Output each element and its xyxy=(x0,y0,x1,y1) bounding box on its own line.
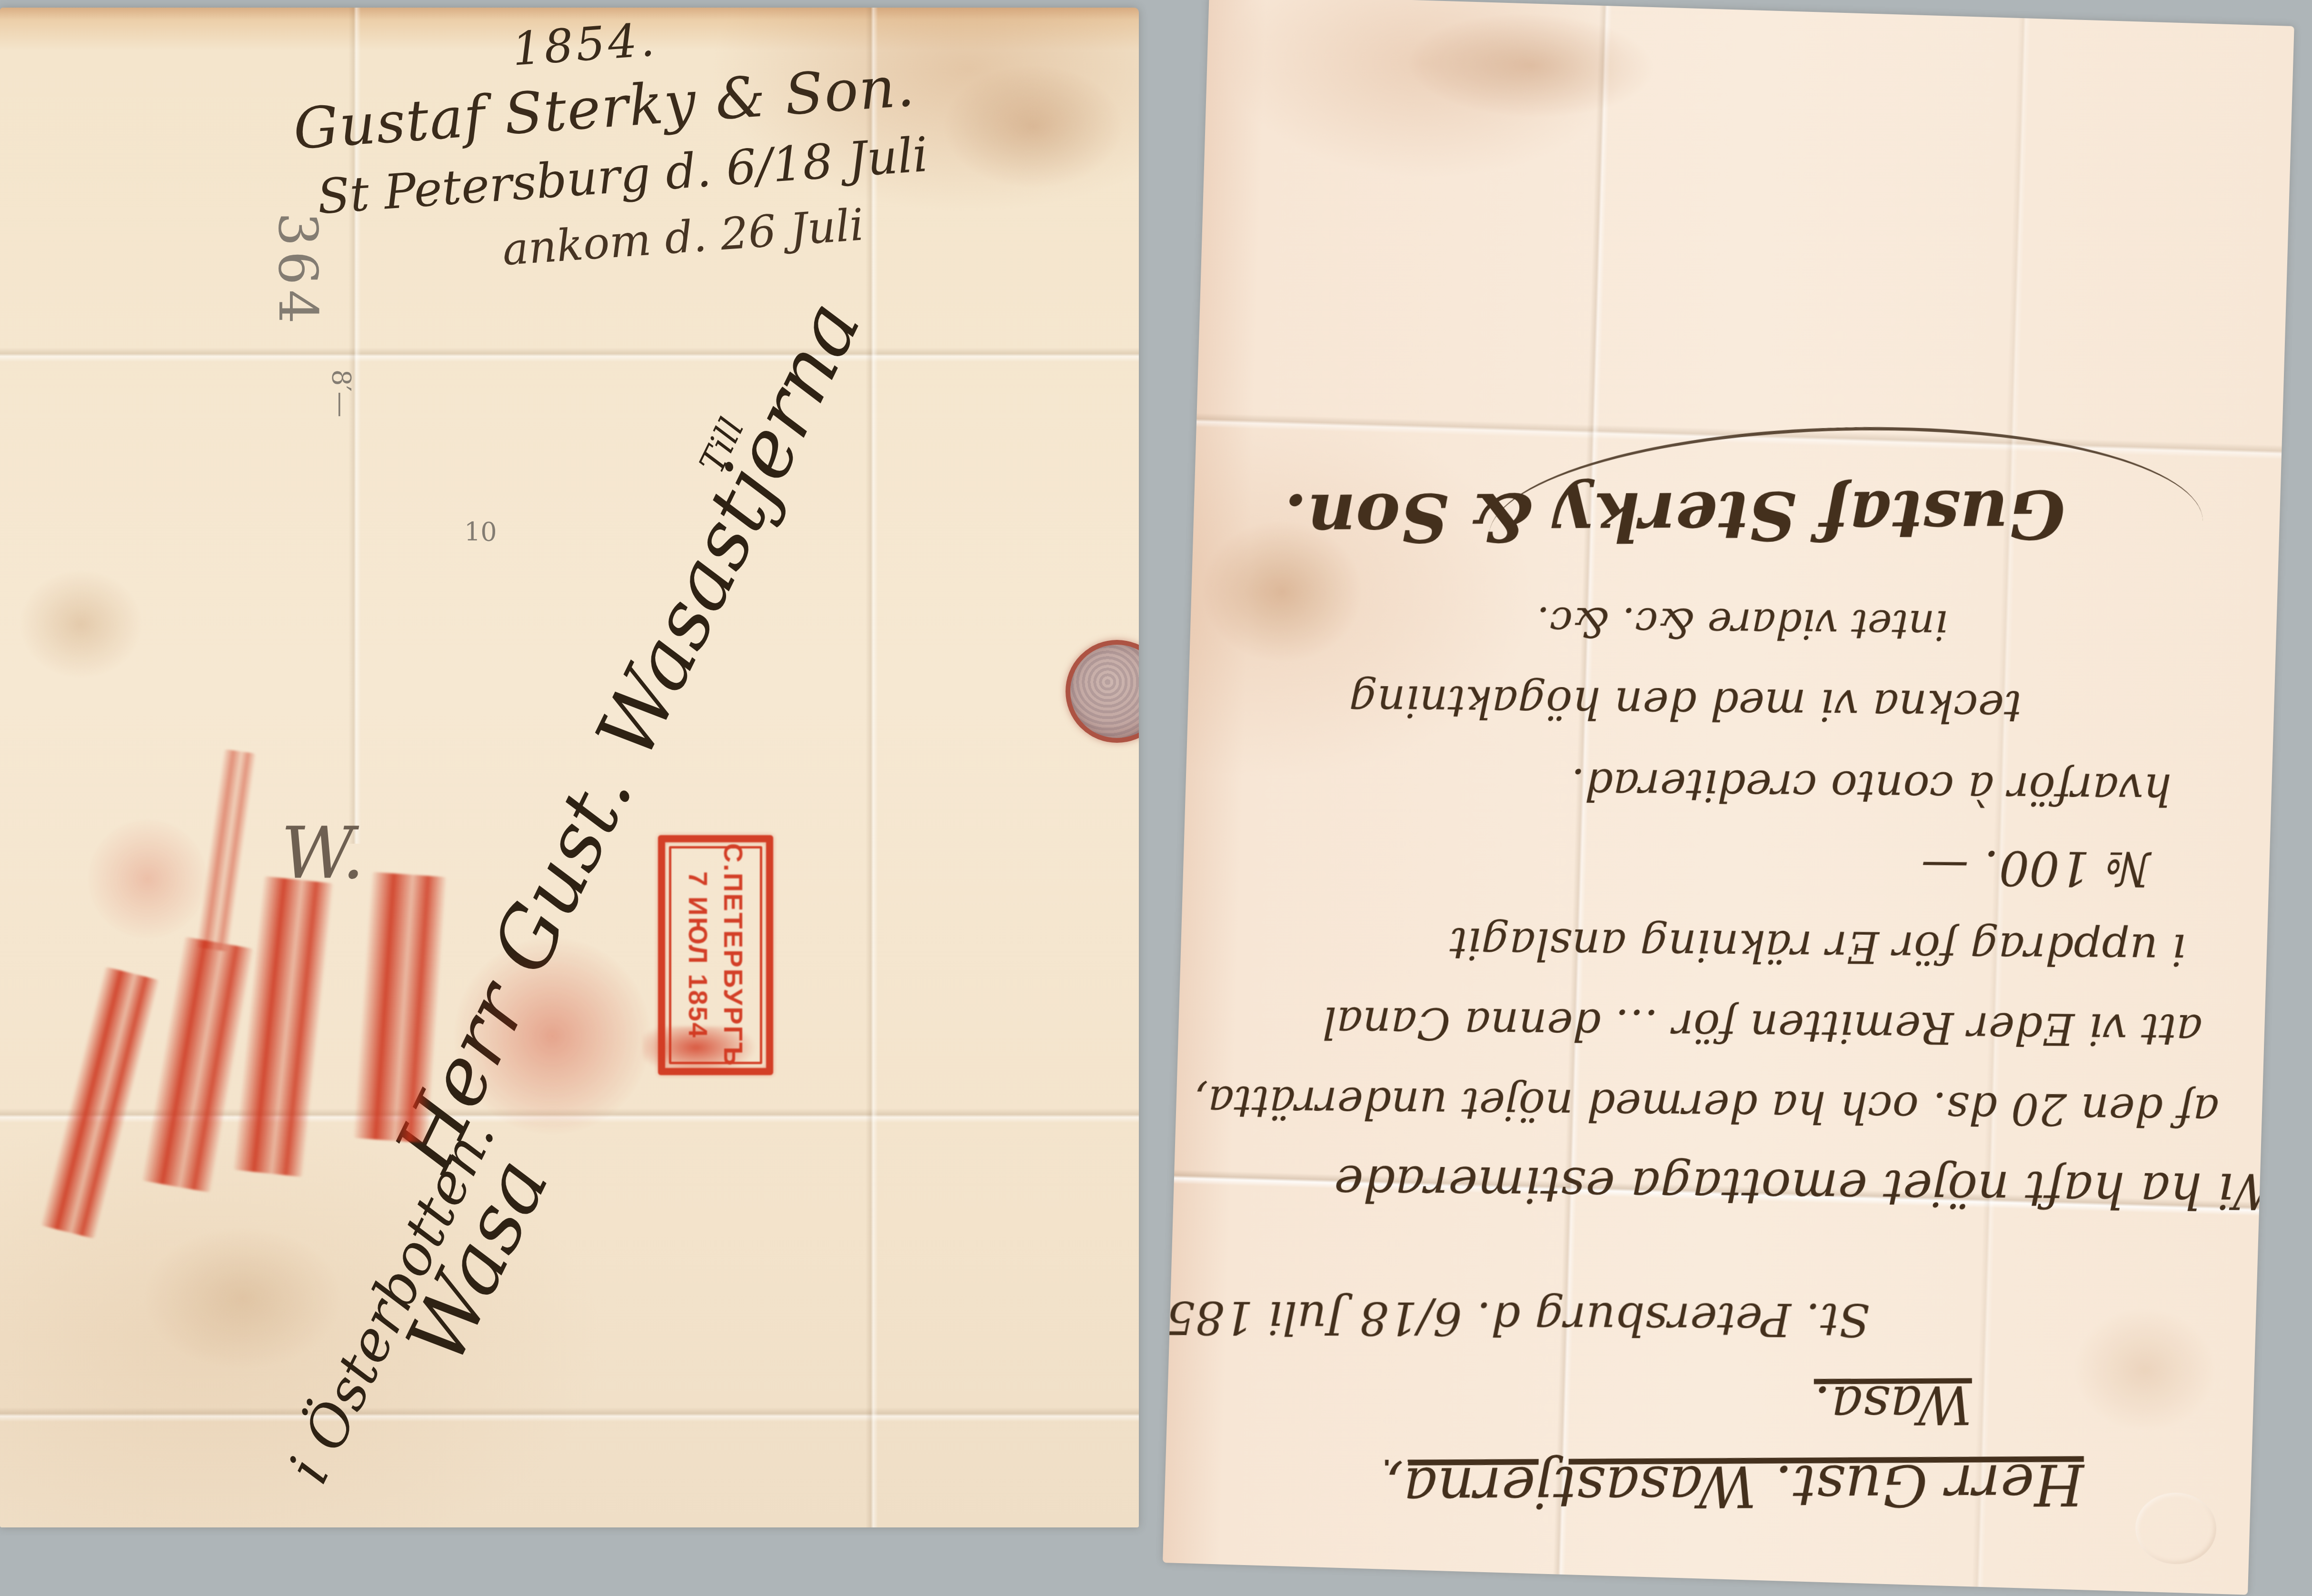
inside-address-town: Wasa. xyxy=(1186,1373,1973,1439)
letter-body-line: Wi ha haft nöjet emottaga estimerade xyxy=(1193,1142,2283,1231)
letter-body-line: att vi Eder Remitten för … denna Canal xyxy=(1197,981,2202,1070)
inside-address-recipient: Herr Gust. Wasastjerna, xyxy=(1184,1451,2084,1522)
archive-number-note: 8′— xyxy=(326,369,356,418)
foxing-stain xyxy=(943,65,1124,189)
scanned-letter-1854: 1854. Gustaf Sterky & Son. St Petersburg… xyxy=(0,0,2312,1596)
pencil-note-w: W. xyxy=(281,812,365,895)
letter-body-line: af den 20 ds. och ha dermed nöjet underr… xyxy=(1195,1061,2219,1150)
archive-number: 364 xyxy=(267,212,329,329)
signature-flourish xyxy=(1486,419,2205,639)
letter-dateline: St. Petersburg d. 6/18 Juli 1854. xyxy=(1189,1291,1870,1347)
letter-body-line: hvarför à conto crediterad. xyxy=(1205,741,2172,829)
red-ink-speckle xyxy=(86,817,209,941)
red-ink-streak xyxy=(232,876,334,1177)
letter-amount: № 100. — xyxy=(1202,821,2150,909)
letter-text-upside-down: Herr Gust. Wasastjerna, Wasa. St. Peters… xyxy=(1183,66,2294,1540)
red-ink-streak xyxy=(40,967,160,1239)
fold-crease xyxy=(0,1108,1139,1123)
letter-sheet: Herr Gust. Wasastjerna, Wasa. St. Peters… xyxy=(1163,0,2294,1595)
letter-body-line: i uppdrag för Er räkning anslagit xyxy=(1200,901,2186,989)
red-ink-streak xyxy=(141,937,254,1193)
foxing-stain xyxy=(19,569,143,679)
red-ink-streak xyxy=(196,749,257,952)
cover-sheet: 1854. Gustaf Sterky & Son. St Petersburg… xyxy=(0,8,1139,1527)
fold-crease xyxy=(0,348,1139,362)
address-recipient: Herr Gust. Wasastjerna xyxy=(377,287,879,1184)
fold-crease xyxy=(0,1407,1139,1422)
letter-body-line: teckna vi med den högaktning xyxy=(1207,659,2022,747)
docket-block: 1854. Gustaf Sterky & Son. St Petersburg… xyxy=(287,8,934,289)
pencil-note-10: 10 xyxy=(464,517,497,547)
wax-seal xyxy=(1066,640,1139,743)
postmark-ink-bleed xyxy=(643,1027,776,1079)
foxing-stain xyxy=(143,1227,343,1369)
